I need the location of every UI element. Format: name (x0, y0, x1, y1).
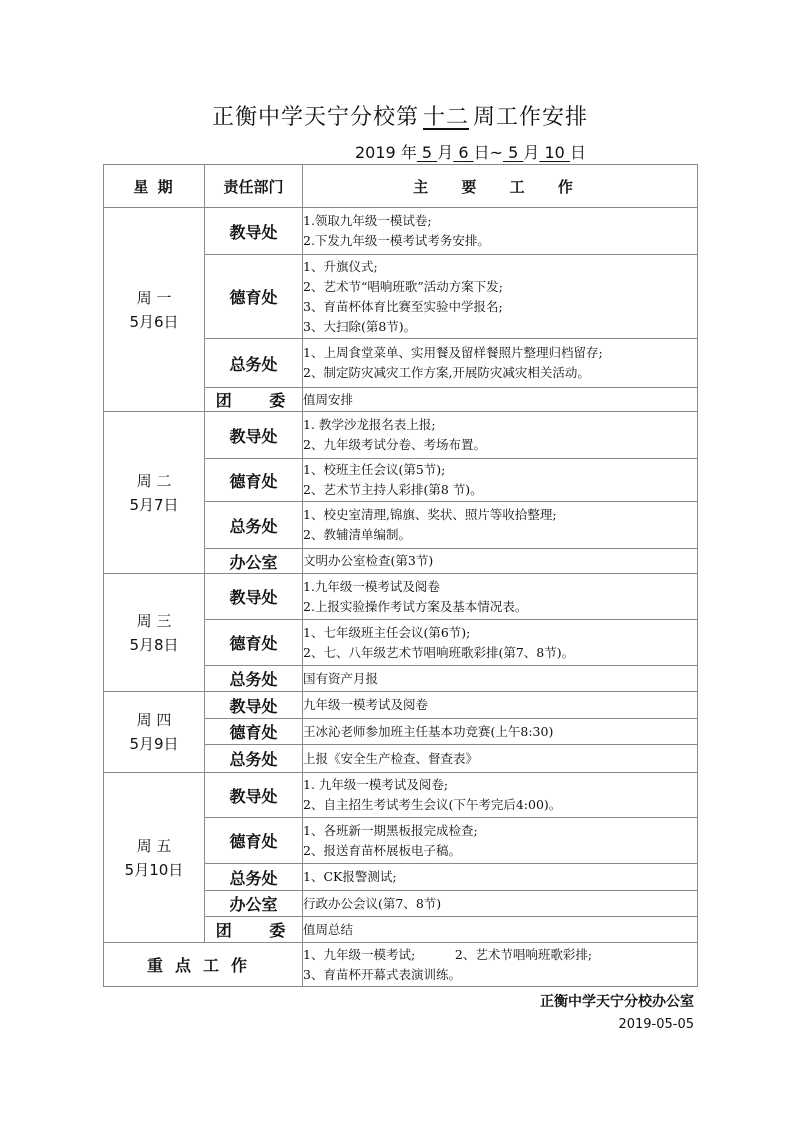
start-day: 6 (453, 143, 473, 162)
work-item: 1、CK报警测试; (303, 867, 697, 887)
work-cell: 1.九年级一模考试及阅卷2.上报实验操作考试方案及基本情况表。 (303, 574, 698, 620)
work-item: 1、校史室清理,锦旗、奖状、照片等收拾整理; (303, 505, 697, 525)
work-item: 1. 教学沙龙报名表上报; (303, 415, 697, 435)
work-item: 1.领取九年级一模试卷; (303, 211, 697, 231)
work-item: 2、教辅清单编制。 (303, 525, 697, 545)
document-title: 正衡中学天宁分校第十二周工作安排 (0, 100, 800, 131)
dept-cell: 教导处 (205, 412, 303, 459)
work-cell: 文明办公室检查(第3节) (303, 549, 698, 574)
date-label: 5月9日 (104, 732, 204, 756)
weekday-label: 周 五 (104, 834, 204, 858)
work-cell: 1、七年级班主任会议(第6节);2、七、八年级艺术节唱响班歌彩排(第7、8节)。 (303, 620, 698, 666)
work-item: 2、艺术节主持人彩排(第8 节)。 (303, 480, 697, 500)
work-item: 1.九年级一模考试及阅卷 (303, 577, 697, 597)
day-label: 日~ (474, 143, 503, 162)
date-label: 5月6日 (104, 310, 204, 334)
dept-cell: 教导处 (205, 208, 303, 255)
dept-cell: 德育处 (205, 620, 303, 666)
start-month: 5 (417, 143, 437, 162)
dept-cell: 总务处 (205, 745, 303, 773)
year: 2019 (355, 143, 396, 162)
key-work-label: 重点工作 (104, 943, 303, 987)
header-row: 星 期 责任部门 主 要 工 作 (104, 165, 698, 208)
day-cell: 周 五5月10日 (104, 773, 205, 943)
work-item: 1、各班新一期黑板报完成检查; (303, 821, 697, 841)
work-item: 值周安排 (303, 390, 697, 410)
work-cell: 1、校班主任会议(第5节);2、艺术节主持人彩排(第8 节)。 (303, 459, 698, 502)
work-item: 行政办公会议(第7、8节) (303, 894, 697, 914)
work-cell: 1. 教学沙龙报名表上报;2、九年级考试分卷、考场布置。 (303, 412, 698, 459)
table-row: 周 二5月7日教导处1. 教学沙龙报名表上报;2、九年级考试分卷、考场布置。 (104, 412, 698, 459)
work-cell: 1、校史室清理,锦旗、奖状、照片等收拾整理;2、教辅清单编制。 (303, 502, 698, 549)
year-label: 年 (401, 143, 417, 162)
work-item: 2.上报实验操作考试方案及基本情况表。 (303, 597, 697, 617)
dept-cell: 教导处 (205, 692, 303, 719)
work-item: 王冰沁老师参加班主任基本功竞赛(上午8:30) (303, 722, 697, 742)
work-item: 上报《安全生产检查、督查表》 (303, 749, 697, 769)
date-label: 5月8日 (104, 633, 204, 657)
work-item: 2、艺术节“唱响班歌”活动方案下发; (303, 277, 697, 297)
dept-cell: 教导处 (205, 574, 303, 620)
day-cell: 周 一5月6日 (104, 208, 205, 412)
dept-cell: 德育处 (205, 459, 303, 502)
date-label: 5月7日 (104, 493, 204, 517)
work-item: 2、报送育苗杯展板电子稿。 (303, 841, 697, 861)
dept-cell: 团 委 (205, 388, 303, 412)
header-work: 主 要 工 作 (303, 165, 698, 208)
weekday-label: 周 一 (104, 286, 204, 310)
weekday-label: 周 二 (104, 469, 204, 493)
table-row: 周 五5月10日教导处1. 九年级一模考试及阅卷;2、自主招生考试考生会议(下午… (104, 773, 698, 818)
work-item: 2、自主招生考试考生会议(下午考完后4:00)。 (303, 795, 697, 815)
day-cell: 周 三5月8日 (104, 574, 205, 692)
work-item: 1、七年级班主任会议(第6节); (303, 623, 697, 643)
dept-cell: 团 委 (205, 917, 303, 943)
work-cell: 国有资产月报 (303, 666, 698, 692)
work-item: 1、上周食堂菜单、实用餐及留样餐照片整理归档留存; (303, 343, 697, 363)
month-label: 月 (437, 143, 453, 162)
end-month: 5 (503, 143, 523, 162)
work-cell: 值周总结 (303, 917, 698, 943)
work-item: 值周总结 (303, 920, 697, 940)
work-item: 2、制定防灾减灾工作方案,开展防灾减灾相关活动。 (303, 363, 697, 383)
work-cell: 1. 九年级一模考试及阅卷;2、自主招生考试考生会议(下午考完后4:00)。 (303, 773, 698, 818)
issue-date: 2019-05-05 (618, 1017, 694, 1032)
work-cell: 九年级一模考试及阅卷 (303, 692, 698, 719)
work-cell: 上报《安全生产检查、督查表》 (303, 745, 698, 773)
table-row: 周 三5月8日教导处1.九年级一模考试及阅卷2.上报实验操作考试方案及基本情况表… (104, 574, 698, 620)
work-item: 3、育苗杯体育比赛至实验中学报名; (303, 297, 697, 317)
work-item: 1. 九年级一模考试及阅卷; (303, 775, 697, 795)
work-item: 2.下发九年级一模考试考务安排。 (303, 231, 697, 251)
dept-cell: 总务处 (205, 502, 303, 549)
end-label: 日 (570, 143, 586, 162)
day-cell: 周 二5月7日 (104, 412, 205, 574)
work-cell: 值周安排 (303, 388, 698, 412)
key-work-row: 重点工作1、九年级一模考试; 2、艺术节唱响班歌彩排;3、育苗杯开幕式表演训练。 (104, 943, 698, 987)
dept-cell: 德育处 (205, 255, 303, 339)
work-cell: 1、升旗仪式;2、艺术节“唱响班歌”活动方案下发;3、育苗杯体育比赛至实验中学报… (303, 255, 698, 339)
dept-cell: 德育处 (205, 719, 303, 745)
weekday-label: 周 四 (104, 708, 204, 732)
work-cell: 1、CK报警测试; (303, 864, 698, 891)
work-item: 九年级一模考试及阅卷 (303, 695, 697, 715)
key-work-cell: 1、九年级一模考试; 2、艺术节唱响班歌彩排;3、育苗杯开幕式表演训练。 (303, 943, 698, 987)
key-work-item: 1、九年级一模考试; 2、艺术节唱响班歌彩排; (303, 945, 697, 965)
dept-cell: 办公室 (205, 549, 303, 574)
dept-cell: 教导处 (205, 773, 303, 818)
day-cell: 周 四5月9日 (104, 692, 205, 773)
work-item: 1、校班主任会议(第5节); (303, 460, 697, 480)
work-item: 国有资产月报 (303, 669, 697, 689)
month-label-2: 月 (523, 143, 539, 162)
weekday-label: 周 三 (104, 609, 204, 633)
dept-cell: 总务处 (205, 339, 303, 388)
date-label: 5月10日 (104, 858, 204, 882)
work-item: 2、七、八年级艺术节唱响班歌彩排(第7、8节)。 (303, 643, 697, 663)
work-cell: 1.领取九年级一模试卷;2.下发九年级一模考试考务安排。 (303, 208, 698, 255)
key-work-item: 3、育苗杯开幕式表演训练。 (303, 965, 697, 985)
table-row: 周 一5月6日教导处1.领取九年级一模试卷;2.下发九年级一模考试考务安排。 (104, 208, 698, 255)
header-day: 星 期 (104, 165, 205, 208)
dept-cell: 总务处 (205, 864, 303, 891)
title-suffix: 周工作安排 (473, 105, 588, 130)
table-row: 周 四5月9日教导处九年级一模考试及阅卷 (104, 692, 698, 719)
issuer: 正衡中学天宁分校办公室 (540, 991, 694, 1011)
dept-cell: 办公室 (205, 891, 303, 917)
work-item: 1、升旗仪式; (303, 257, 697, 277)
dept-cell: 总务处 (205, 666, 303, 692)
work-cell: 1、上周食堂菜单、实用餐及留样餐照片整理归档留存;2、制定防灾减灾工作方案,开展… (303, 339, 698, 388)
work-item: 文明办公室检查(第3节) (303, 551, 697, 571)
schedule-table: 星 期 责任部门 主 要 工 作 周 一5月6日教导处1.领取九年级一模试卷;2… (103, 164, 698, 987)
date-range: 2019 年 5 月 6 日~ 5 月 10 日 (355, 140, 586, 163)
dept-cell: 德育处 (205, 818, 303, 864)
work-cell: 1、各班新一期黑板报完成检查;2、报送育苗杯展板电子稿。 (303, 818, 698, 864)
header-dept: 责任部门 (205, 165, 303, 208)
end-day: 10 (539, 143, 570, 162)
work-item: 2、九年级考试分卷、考场布置。 (303, 435, 697, 455)
title-prefix: 正衡中学天宁分校第 (212, 105, 419, 130)
work-item: 3、大扫除(第8节)。 (303, 317, 697, 337)
week-number: 十二 (419, 105, 473, 130)
work-cell: 王冰沁老师参加班主任基本功竞赛(上午8:30) (303, 719, 698, 745)
work-cell: 行政办公会议(第7、8节) (303, 891, 698, 917)
